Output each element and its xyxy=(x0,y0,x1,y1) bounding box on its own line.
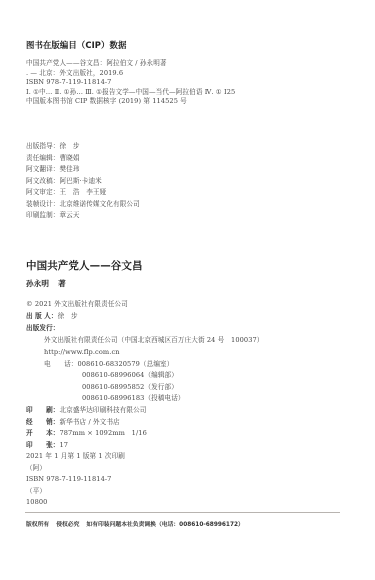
distributor-label: 经 销： xyxy=(26,418,59,426)
piracy-notice: 侵权必究 xyxy=(56,522,79,528)
staff-credit: 阿文翻译：樊佳玮 xyxy=(26,165,80,173)
credit-label: 阿文翻译： xyxy=(26,165,59,173)
distributor-value: 新华书店 / 外文书店 xyxy=(59,418,119,426)
phone-number: 008610-68995852（发行部） xyxy=(82,383,178,391)
cip-line: ISBN 978-7-119-11814-7 xyxy=(26,78,111,86)
staff-credit: 责任编辑：曹晓娟 xyxy=(26,154,80,162)
phone-label: 电 话： xyxy=(44,360,77,368)
credit-label: 印刷监制： xyxy=(26,211,59,219)
copyright-page: 图书在版编目（CIP）数据 中国共产党人——谷文昌：阿拉伯文 / 孙永明著 . … xyxy=(0,0,375,580)
cip-heading: 图书在版编目（CIP）数据 xyxy=(26,40,126,50)
staff-credit: 出版指导：徐 步 xyxy=(26,142,80,150)
format-value: 787mm × 1092mm 1/16 xyxy=(59,429,146,437)
publisher-person: 出 版 人：徐 步 xyxy=(26,312,78,320)
replacement-notice: 如有印装问题本社负责调换（电话：008610-68996172） xyxy=(86,522,243,528)
isbn-line: ISBN 978-7-119-11814-7 xyxy=(26,475,111,483)
book-author: 孙永明著 xyxy=(26,279,66,289)
cip-line: . — 北京：外文出版社，2019.6 xyxy=(26,69,123,77)
credit-label: 装帧设计： xyxy=(26,200,59,208)
credit-label: 出版指导： xyxy=(26,142,59,150)
edition-line: 2021 年 1 月第 1 版第 1 次印刷 xyxy=(26,452,125,460)
credit-value: 徐 步 xyxy=(59,142,79,150)
credit-label: 阿文改稿： xyxy=(26,177,59,185)
language-tag: （阿） xyxy=(26,464,46,472)
staff-credit: 阿文审定：王 浩 李王娅 xyxy=(26,188,106,196)
binding-tag: （平） xyxy=(26,487,46,495)
rights-footer: 版权所有侵权必究如有印装问题本社负责调换（电话：008610-68996172） xyxy=(26,521,251,529)
phone-number: 008610-68320579（总编室） xyxy=(77,360,173,368)
format-label: 开 本： xyxy=(26,429,59,437)
publisher-address: 外文出版社有限责任公司（中国北京西城区百万庄大街 24 号 100037） xyxy=(44,336,263,344)
publisher-person-value: 徐 步 xyxy=(58,312,78,320)
copyright-notice: © 2021 外文出版社有限责任公司 xyxy=(26,300,128,308)
printer-value: 北京盛华达印刷科技有限公司 xyxy=(59,406,146,414)
cip-line: Ⅰ. ①中… Ⅱ. ①孙… Ⅲ. ①报告文学—中国—当代—阿拉伯语 Ⅳ. ① I… xyxy=(26,88,235,96)
book-title: 中国共产党人——谷文昌 xyxy=(26,260,143,273)
format-row: 开 本：787mm × 1092mm 1/16 xyxy=(26,429,147,437)
printer-row: 印 刷：北京盛华达印刷科技有限公司 xyxy=(26,406,147,414)
publish-distribute-label: 出版发行： xyxy=(26,324,59,332)
credit-label: 责任编辑： xyxy=(26,154,59,162)
sheets-value: 17 xyxy=(59,441,68,449)
author-name: 孙永明 xyxy=(26,279,49,288)
staff-credit: 印刷监制：章云天 xyxy=(26,211,80,219)
distributor-row: 经 销：新华书店 / 外文书店 xyxy=(26,418,120,426)
credit-value: 樊佳玮 xyxy=(59,165,79,173)
sheets-row: 印 张：17 xyxy=(26,441,68,449)
credit-label: 阿文审定： xyxy=(26,188,59,196)
author-role: 著 xyxy=(58,279,66,288)
credit-value: 章云天 xyxy=(59,211,79,219)
credit-value: 阿巴斯·卡迪米 xyxy=(59,177,101,185)
phone-number: 008610-68996183（投稿电话） xyxy=(82,394,185,402)
footer-divider xyxy=(25,512,340,513)
credit-value: 北京维诺传媒文化有限公司 xyxy=(59,200,139,208)
staff-credit: 装帧设计：北京维诺传媒文化有限公司 xyxy=(26,200,140,208)
credit-value: 王 浩 李王娅 xyxy=(59,188,106,196)
rights-reserved: 版权所有 xyxy=(26,522,49,528)
printer-label: 印 刷： xyxy=(26,406,59,414)
publisher-person-label: 出 版 人： xyxy=(26,312,58,320)
staff-credit: 阿文改稿：阿巴斯·卡迪米 xyxy=(26,177,102,185)
sheets-label: 印 张： xyxy=(26,441,59,449)
credit-value: 曹晓娟 xyxy=(59,154,79,162)
cip-line: 中国共产党人——谷文昌：阿拉伯文 / 孙永明著 xyxy=(26,59,167,67)
phone-number: 008610-68996064（编辑部） xyxy=(82,371,178,379)
phone-row: 电 话：008610-68320579（总编室） xyxy=(44,360,173,368)
price-code: 10800 xyxy=(26,498,47,506)
cip-line: 中国版本图书馆 CIP 数据核字 (2019) 第 114525 号 xyxy=(26,97,187,105)
publisher-website: http://www.flp.com.cn xyxy=(44,348,120,356)
